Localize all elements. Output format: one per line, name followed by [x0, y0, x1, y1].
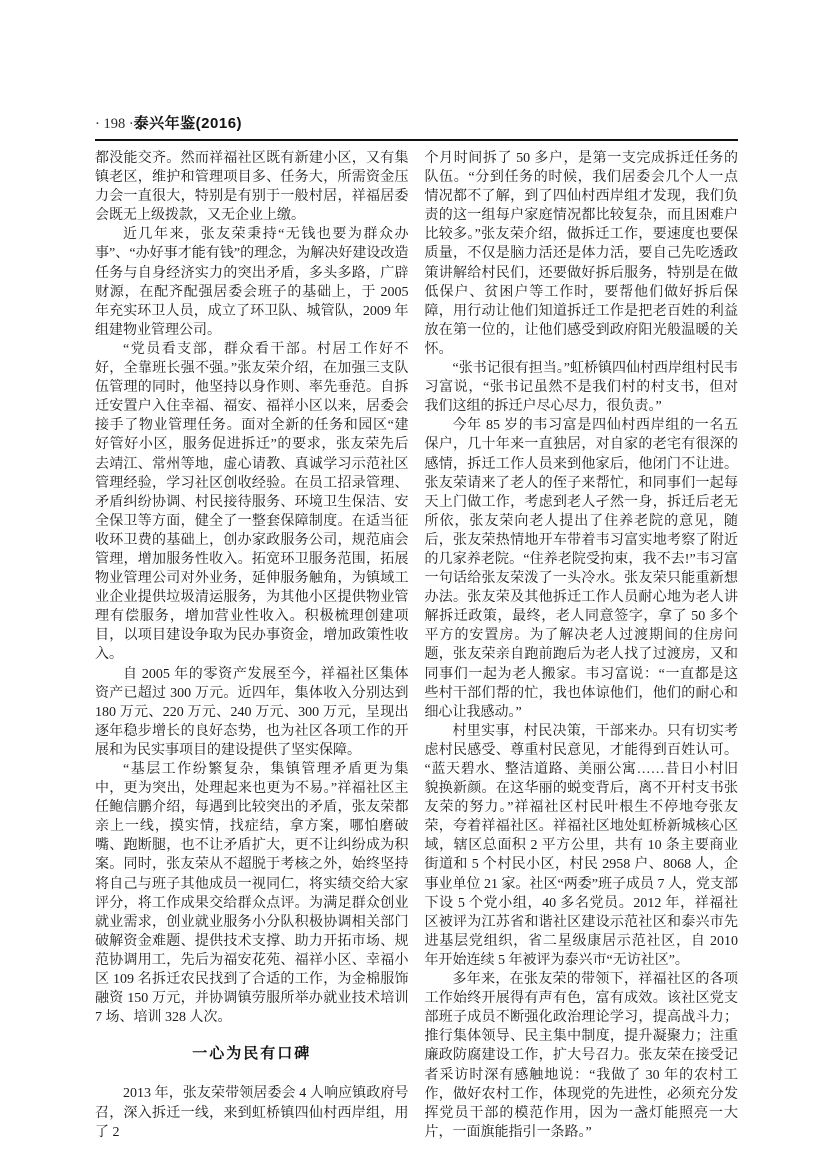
right-column: 个月时间拆了 50 多户，是第一支完成拆迁任务的队伍。“分到任务的时候，我们居委… — [425, 149, 739, 1142]
paragraph: “基层工作纷繁复杂，集镇管理矛盾更为集中，更为突出，处理起来也更为不易。”祥福社… — [95, 760, 409, 1027]
paragraph: “张书记很有担当。”虹桥镇四仙村西岸组村民韦习富说，“张书记虽然不是我们村的村支… — [425, 359, 739, 416]
page-content: · 198 · 泰兴年鉴(2016) 都没能交齐。然而祥福社区既有新建小区，又有… — [95, 112, 738, 1142]
paragraph: 多年来，在张友荣的带领下，祥福社区的各项工作始终开展得有声有色，富有成效。该社区… — [425, 970, 739, 1142]
section-heading: 一心为民有口碑 — [95, 1044, 409, 1063]
left-column: 都没能交齐。然而祥福社区既有新建小区，又有集镇老区，维护和管理项目多、任务大，所… — [95, 149, 409, 1142]
yearbook-page: { "header": { "page_number_display": "· … — [0, 0, 826, 1169]
text-columns: 都没能交齐。然而祥福社区既有新建小区，又有集镇老区，维护和管理项目多、任务大，所… — [95, 149, 738, 1142]
paragraph: 个月时间拆了 50 多户，是第一支完成拆迁任务的队伍。“分到任务的时候，我们居委… — [425, 149, 739, 359]
paragraph: 都没能交齐。然而祥福社区既有新建小区，又有集镇老区，维护和管理项目多、任务大，所… — [95, 149, 409, 225]
paragraph: “党员看支部，群众看干部。村居工作好不好，全靠班长强不强。”张友荣介绍，在加强三… — [95, 340, 409, 665]
publication-title: 泰兴年鉴(2016) — [134, 112, 242, 133]
paragraph: 村里实事，村民决策，干部来办。只有切实考虑村民感受、尊重村民意见，才能得到百姓认… — [425, 722, 739, 970]
paragraph: 自 2005 年的零资产发展至今，祥福社区集体资产已超过 300 万元。近四年，… — [95, 665, 409, 760]
paragraph: 2013 年，张友荣带领居委会 4 人响应镇政府号召，深入拆迁一线，来到虹桥镇四… — [95, 1084, 409, 1141]
paragraph: 今年 85 岁的韦习富是四仙村西岸组的一名五保户，几十年来一直独居，对自家的老宅… — [425, 416, 739, 722]
page-number: · 198 · — [95, 116, 134, 133]
running-header: · 198 · 泰兴年鉴(2016) — [95, 112, 738, 136]
paragraph: 近几年来，张友荣秉持“无钱也要为群众办事”、“办好事才能有钱”的理念，为解决好建… — [95, 225, 409, 340]
header-rule — [95, 139, 738, 141]
